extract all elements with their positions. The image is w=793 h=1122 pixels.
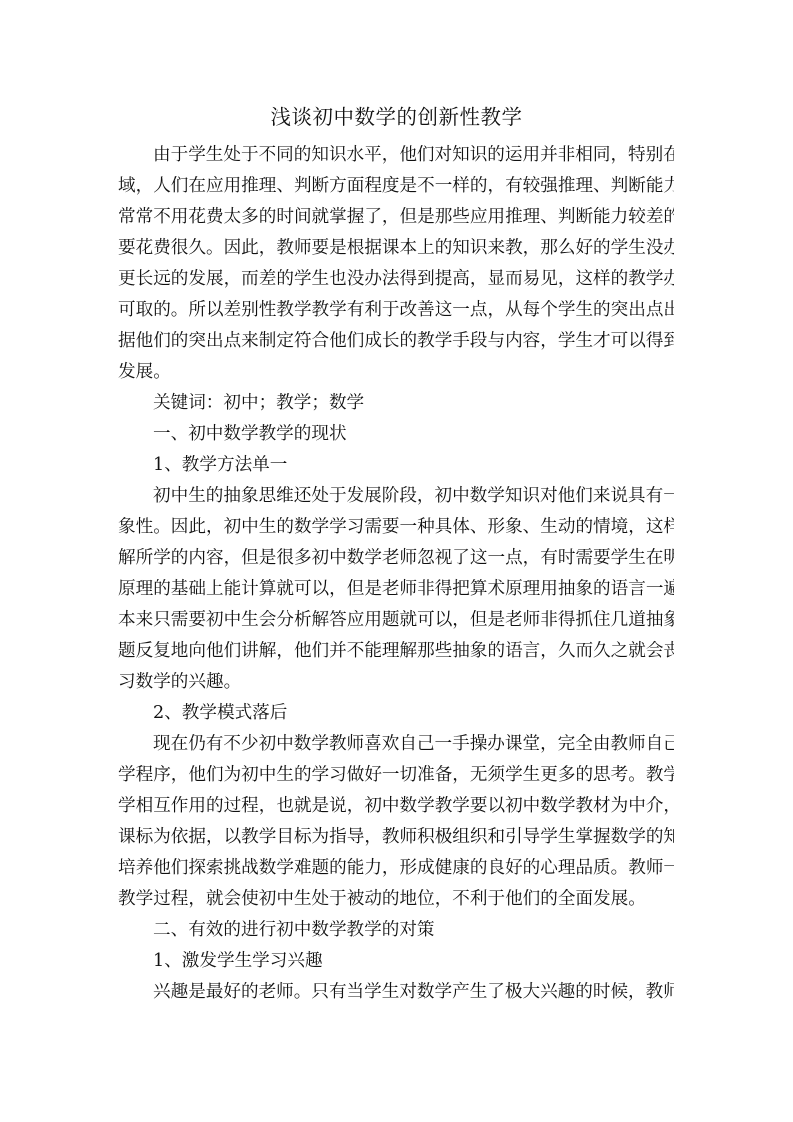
text-line: 发展。 bbox=[118, 357, 674, 388]
text-line: 更长远的发展，而差的学生也没办法得到提高，显而易见，这样的教学办法是不 bbox=[118, 264, 674, 295]
keywords: 关键词：初中；教学；数学 bbox=[118, 388, 674, 419]
text-line: 象性。因此，初中生的数学学习需要一种具体、形象、生动的情境，这样才能理 bbox=[118, 512, 674, 543]
text-line: 课标为依据，以教学目标为指导，教师积极组织和引导学生掌握数学的知识原理， bbox=[118, 822, 674, 853]
subsection-heading-1-2: 2、教学模式落后 bbox=[118, 698, 674, 729]
text-line: 初中生的抽象思维还处于发展阶段，初中数学知识对他们来说具有一定的抽 bbox=[118, 481, 674, 512]
text-line: 由于学生处于不同的知识水平，他们对知识的运用并非相同，特别在数学领 bbox=[118, 140, 674, 171]
text-line: 可取的。所以差别性教学教学有利于改善这一点，从每个学生的突出点出发，根 bbox=[118, 295, 674, 326]
document-page: 浅谈初中数学的创新性教学 由于学生处于不同的知识水平，他们对知识的运用并非相同，… bbox=[0, 0, 793, 1122]
text-line: 现在仍有不少初中数学教师喜欢自己一手操办课堂，完全由教师自己安排教 bbox=[118, 729, 674, 760]
text-line: 解所学的内容，但是很多初中数学老师忽视了这一点，有时需要学生在明白算术 bbox=[118, 543, 674, 574]
paragraph-intro: 由于学生处于不同的知识水平，他们对知识的运用并非相同，特别在数学领 域，人们在应… bbox=[118, 140, 674, 388]
paragraph-teaching-method: 初中生的抽象思维还处于发展阶段，初中数学知识对他们来说具有一定的抽 象性。因此，… bbox=[118, 481, 674, 698]
text-line: 本来只需要初中生会分析解答应用题就可以，但是老师非得抓住几道抽象的应用 bbox=[118, 605, 674, 636]
document-title: 浅谈初中数学的创新性教学 bbox=[0, 103, 793, 131]
subsection-heading-2-1: 1、激发学生学习兴趣 bbox=[118, 946, 674, 977]
document-body: 由于学生处于不同的知识水平，他们对知识的运用并非相同，特别在数学领 域，人们在应… bbox=[118, 140, 674, 1008]
text-line: 学相互作用的过程，也就是说，初中数学教学要以初中数学教材为中介，以教学 bbox=[118, 791, 674, 822]
text-line: 域，人们在应用推理、判断方面程度是不一样的，有较强推理、判断能力的学生 bbox=[118, 171, 674, 202]
text-line: 常常不用花费太多的时间就掌握了，但是那些应用推理、判断能力较差的学生就 bbox=[118, 202, 674, 233]
text-line: 原理的基础上能计算就可以，但是老师非得把算术原理用抽象的语言一遍遍重复； bbox=[118, 574, 674, 605]
text-line: 学程序，他们为初中生的学习做好一切准备，无须学生更多的思考。教学是教与 bbox=[118, 760, 674, 791]
paragraph-interest: 兴趣是最好的老师。只有当学生对数学产生了极大兴趣的时候，教师所传授 bbox=[118, 977, 674, 1008]
subsection-heading-1-1: 1、教学方法单一 bbox=[118, 450, 674, 481]
text-line: 要花费很久。因此，教师要是根据课本上的知识来教，那么好的学生没办法得到 bbox=[118, 233, 674, 264]
text-line: 据他们的突出点来制定符合他们成长的教学手段与内容，学生才可以得到更好的 bbox=[118, 326, 674, 357]
section-heading-1: 一、初中数学教学的现状 bbox=[118, 419, 674, 450]
text-line: 培养他们探索挑战数学难题的能力，形成健康的良好的心理品质。教师一手操作 bbox=[118, 853, 674, 884]
text-line: 兴趣是最好的老师。只有当学生对数学产生了极大兴趣的时候，教师所传授 bbox=[118, 977, 674, 1008]
text-line: 习数学的兴趣。 bbox=[118, 667, 674, 698]
text-line: 题反复地向他们讲解，他们并不能理解那些抽象的语言，久而久之就会丧失对学 bbox=[118, 636, 674, 667]
text-line: 教学过程，就会使初中生处于被动的地位，不利于他们的全面发展。 bbox=[118, 884, 674, 915]
section-heading-2: 二、有效的进行初中数学教学的对策 bbox=[118, 915, 674, 946]
paragraph-teaching-mode: 现在仍有不少初中数学教师喜欢自己一手操办课堂，完全由教师自己安排教 学程序，他们… bbox=[118, 729, 674, 915]
